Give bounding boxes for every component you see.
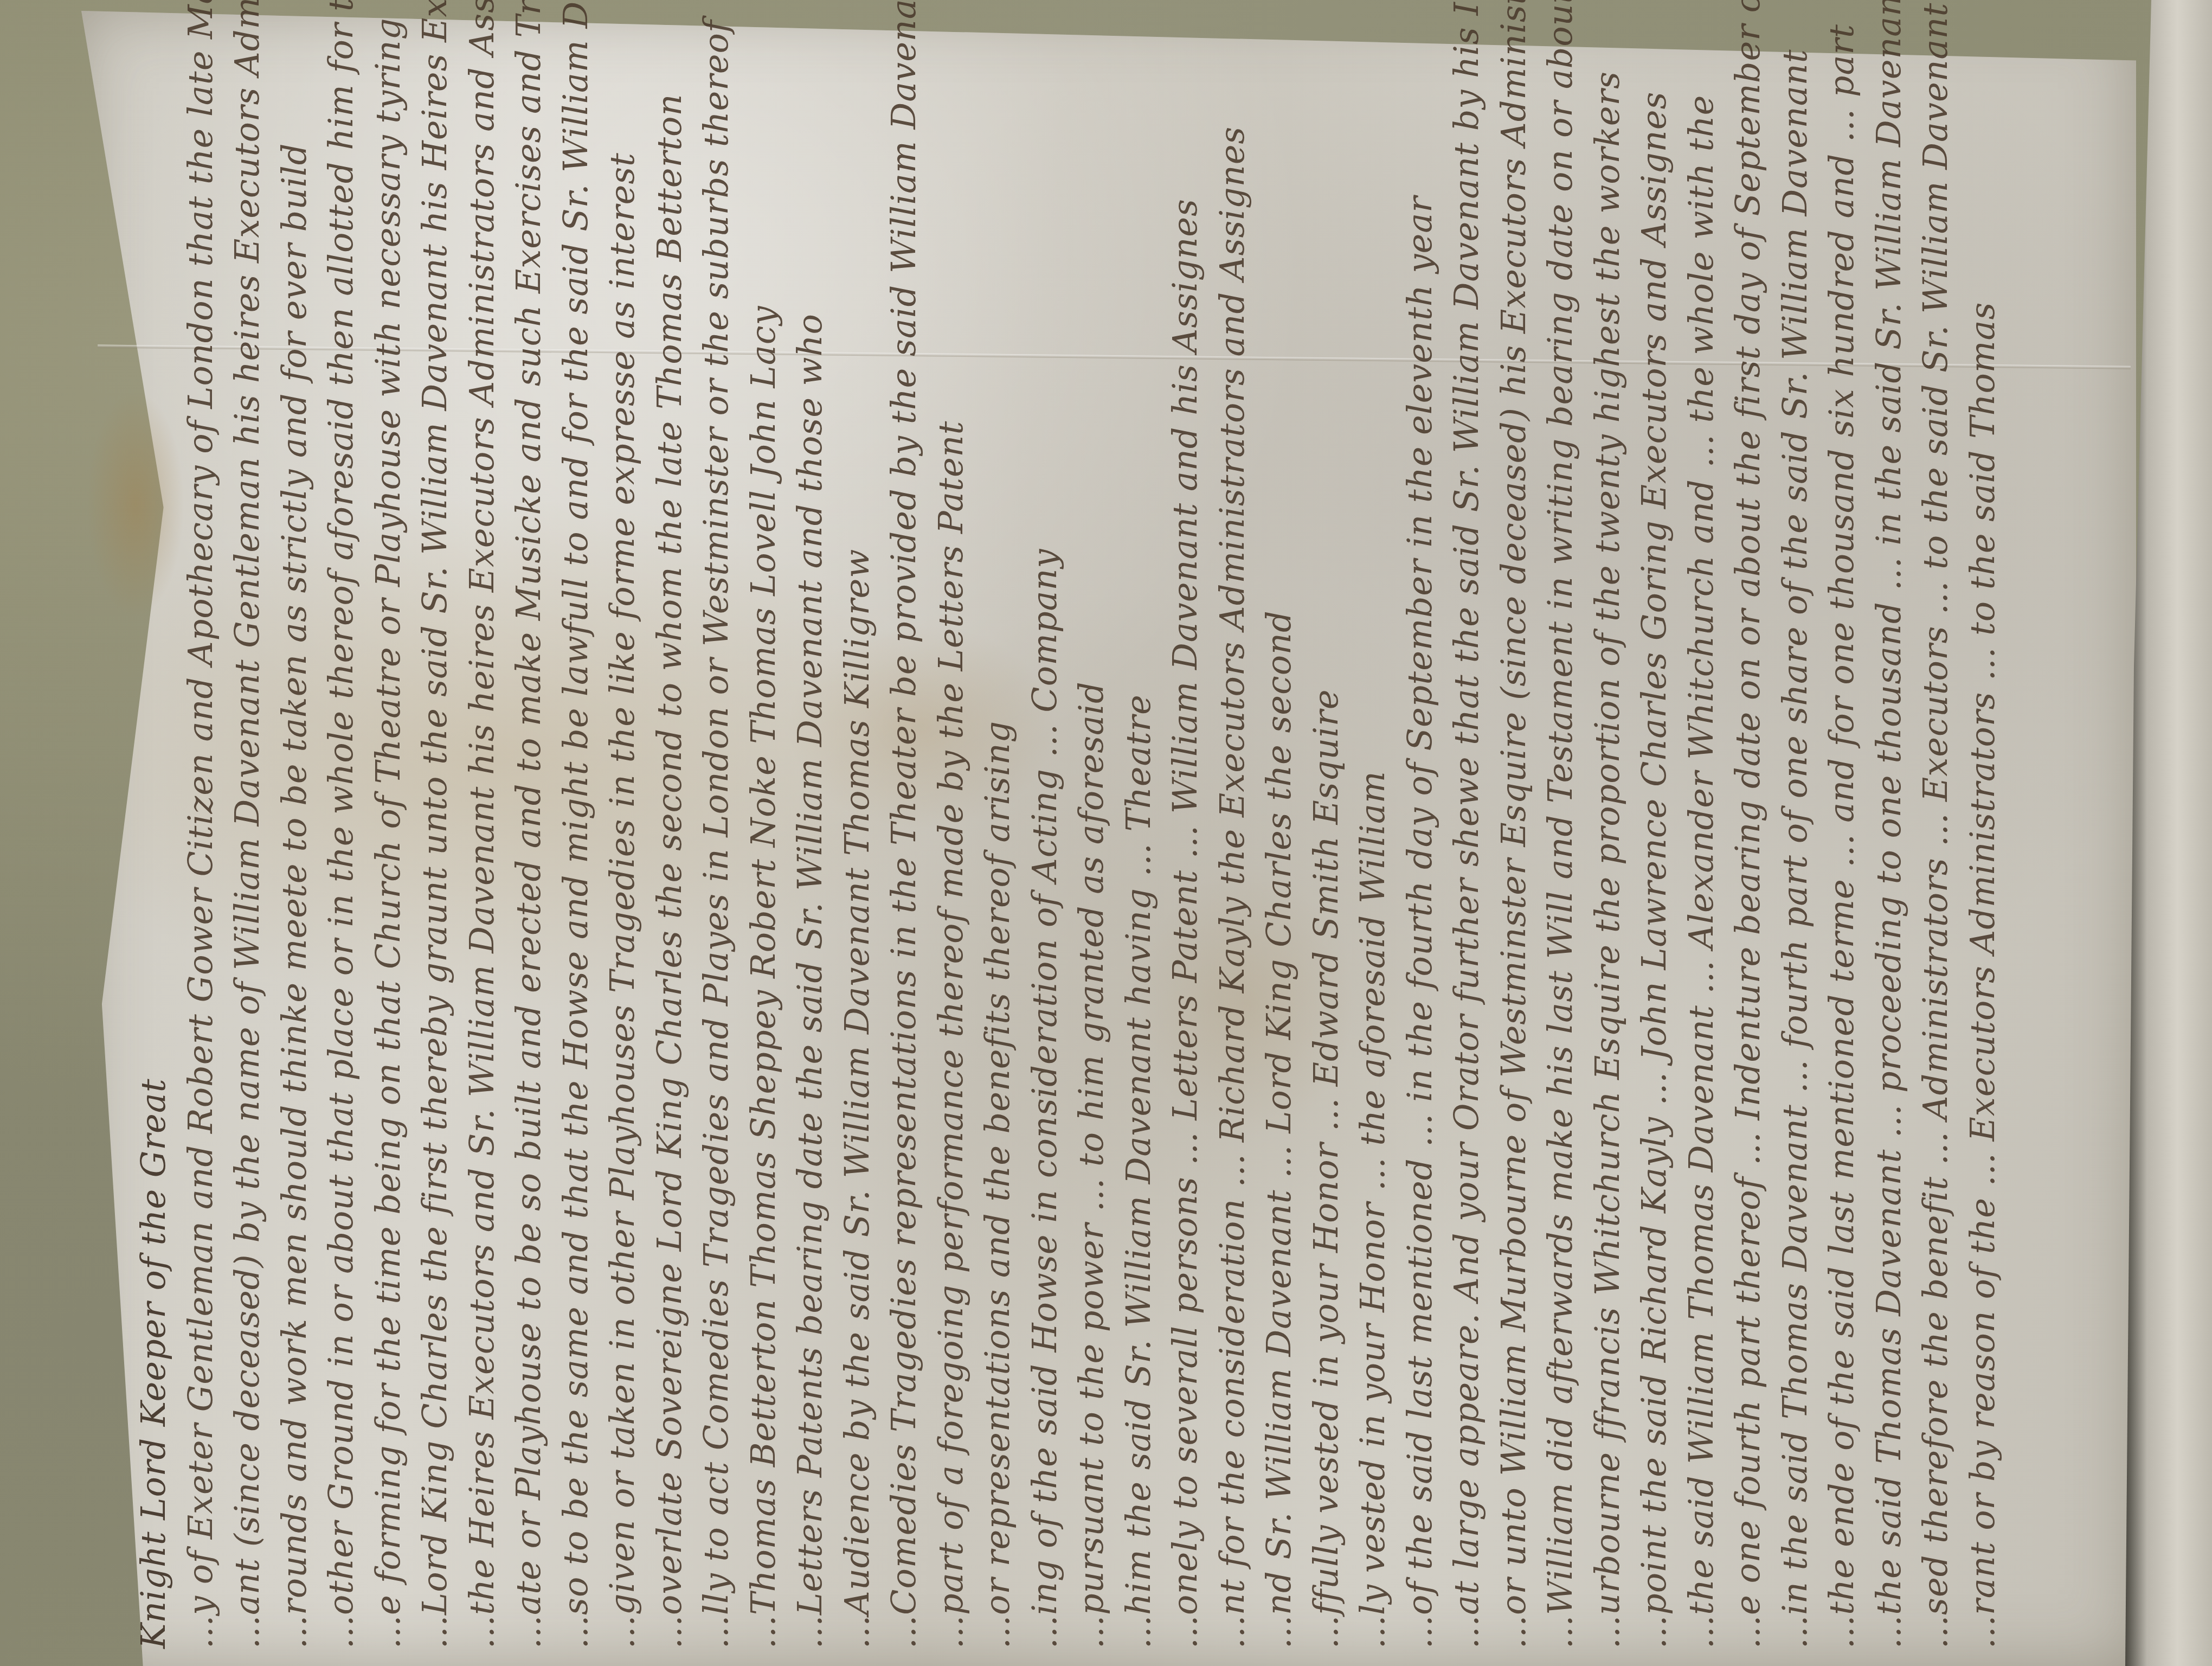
manuscript-text: Knight Lord Keeper of the Great ...y of … xyxy=(130,49,2006,1649)
manuscript-line: ...of the said last mentioned ... in the… xyxy=(1397,49,1444,1649)
manuscript-line: ...so to be the same and that the Howse … xyxy=(552,49,600,1649)
manuscript-line: ...nd Sr. William Davenant ... Lord King… xyxy=(1256,49,1303,1649)
manuscript-line: ...the said William Thomas Davenant ... … xyxy=(1678,49,1725,1649)
manuscript-line: ...nt for the consideration ... Richard … xyxy=(1209,49,1256,1649)
manuscript-line: ...urbourne ffrancis Whitchurch Esquire … xyxy=(1584,49,1631,1649)
manuscript-line: ...the ende of the said last mentioned t… xyxy=(1818,49,1866,1649)
manuscript-line: ...or representations and the benefits t… xyxy=(974,49,1021,1649)
manuscript-line: ...ly vested in your Honor ... the afore… xyxy=(1349,49,1397,1649)
manuscript-line: ...ate or Playhouse to be so built and e… xyxy=(505,49,552,1649)
manuscript-line: ...sed therefore the benefit ... Adminis… xyxy=(1912,49,1959,1649)
manuscript-line: ...Lord King Charles the first thereby g… xyxy=(411,49,459,1649)
document-heading: Knight Lord Keeper of the Great xyxy=(130,49,177,1649)
manuscript-line: ...William did afterwards make his last … xyxy=(1537,49,1584,1649)
manuscript-line: ...lly to act Comedies Tragedies and Pla… xyxy=(693,49,740,1649)
manuscript-line: ...e forming for the time being on that … xyxy=(365,49,412,1649)
manuscript-line: ...e one fourth part thereof ... Indentu… xyxy=(1725,49,1772,1649)
manuscript-line: ...Audience by the said Sr. William Dave… xyxy=(834,49,881,1649)
manuscript-line: ...ant (since deceased) by the name of W… xyxy=(224,49,271,1649)
manuscript-line: ...pursuant to the power ... to him gran… xyxy=(1068,49,1115,1649)
manuscript-line: ...point the said Richard Kayly ... John… xyxy=(1631,49,1678,1649)
manuscript-line: ...rounds and work men should thinke mee… xyxy=(271,49,318,1649)
manuscript-line: ...Comedies Tragedies representations in… xyxy=(880,49,928,1649)
manuscript-line: ...him the said Sr. William Davenant hav… xyxy=(1115,49,1162,1649)
manuscript-line: ...the said Thomas Davenant ... proceedi… xyxy=(1866,49,1913,1649)
manuscript-line: ...in the said Thomas Davenant ... fourt… xyxy=(1772,49,1819,1649)
manuscript-line: ...Thomas Betterton Thomas Sheppey Rober… xyxy=(740,49,787,1649)
manuscript-line: ...the Heires Executors and Sr. William … xyxy=(459,49,506,1649)
manuscript-line: ...ffully vested in your Honor ... Edwar… xyxy=(1303,49,1350,1649)
manuscript-line: ...at large appeare. And your Orator fur… xyxy=(1443,49,1490,1649)
manuscript-line: ...given or taken in other Playhouses Tr… xyxy=(599,49,646,1649)
manuscript-line: ...or unto William Murbourne of Westmins… xyxy=(1490,49,1538,1649)
manuscript-line: ...other Ground in or about that place o… xyxy=(318,49,365,1649)
manuscript-line: ...ing of the said Howse in consideratio… xyxy=(1021,49,1069,1649)
manuscript-line: ...part of a foregoing performance there… xyxy=(928,49,975,1649)
manuscript-line: ...overlate Sovereigne Lord King Charles… xyxy=(646,49,693,1649)
manuscript-line: ...rant or by reason of the ... Executor… xyxy=(1959,49,2007,1649)
manuscript-line: ...y of Exeter Gentleman and Robert Gowe… xyxy=(177,49,224,1649)
manuscript-line: ...onely to severall persons ... Letters… xyxy=(1162,49,1209,1649)
manuscript-line: ...Letters Patents bearing date the said… xyxy=(787,49,834,1649)
